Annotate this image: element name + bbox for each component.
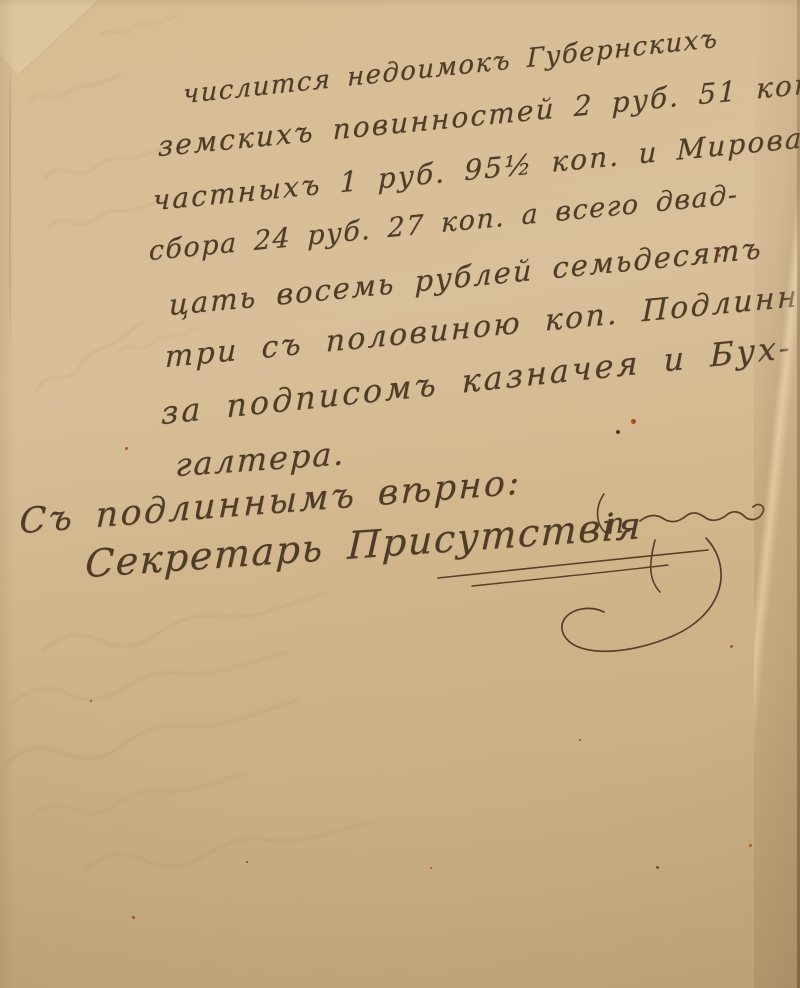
ink-speck [656,866,659,869]
ink-speck [90,700,92,702]
ink-speck [579,739,581,741]
manuscript-page: числится недоимокъ Губернскихъ земскихъ … [0,0,800,988]
foxing-speck [430,867,432,869]
foxing-speck [132,916,135,919]
page-right-edge-fold [754,0,800,988]
foxing-speck [125,447,128,450]
ink-speck [246,861,248,863]
secretary-signature-flourish [0,0,800,988]
ink-speck [616,430,620,434]
foxing-speck [718,254,721,257]
foxing-speck [631,419,636,424]
foxing-speck [730,645,733,648]
photo-frame: числится недоимокъ Губернскихъ земскихъ … [0,0,800,988]
foxing-speck [749,844,752,847]
